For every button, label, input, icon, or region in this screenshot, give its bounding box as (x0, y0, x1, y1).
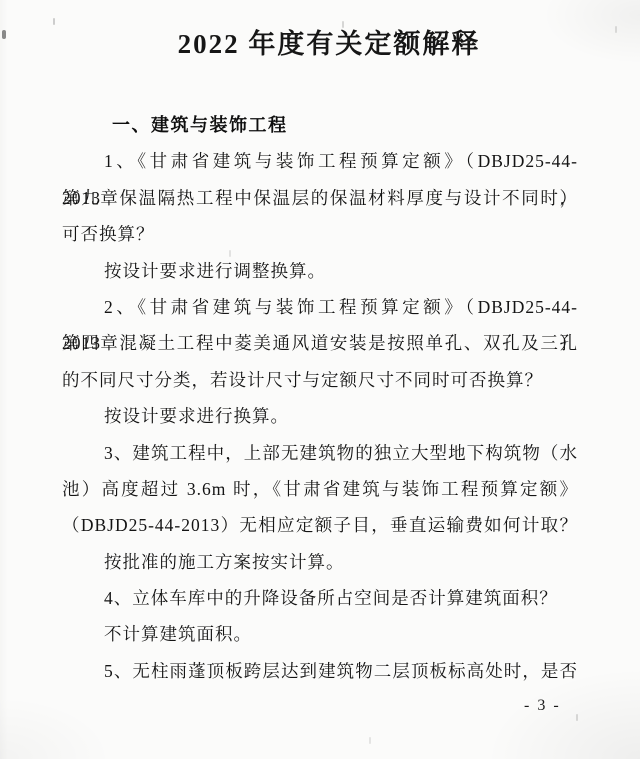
body-line: 3、建筑工程中，上部无建筑物的独立大型地下构筑物（水 (62, 435, 578, 471)
page-number: - 3 - (524, 697, 561, 715)
body-line: 1、《甘肃省建筑与装饰工程预算定额》（DBJD25-44-2013） (62, 143, 578, 179)
body-line: 按设计要求进行换算。 (62, 398, 578, 434)
document-title: 2022 年度有关定额解释 (71, 26, 587, 62)
body-line: 第九章保温隔热工程中保温层的保温材料厚度与设计不同时， (62, 180, 578, 216)
body-line: 第四章混凝土工程中菱美通风道安装是按照单孔、双孔及三孔 (62, 325, 578, 361)
body-line: 不计算建筑面积。 (62, 616, 578, 652)
scan-speck (2, 30, 6, 39)
body-line: 5、无柱雨蓬顶板跨层达到建筑物二层顶板标高处时，是否 (62, 653, 578, 689)
section-heading: 一、建筑与装饰工程 (62, 107, 578, 143)
body-line: 按设计要求进行调整换算。 (62, 253, 578, 289)
body-line: 按批准的施工方案按实计算。 (62, 544, 578, 580)
body-line: 可否换算？ (62, 216, 578, 252)
body-line: （DBJD25-44-2013）无相应定额子目，垂直运输费如何计取？ (62, 507, 578, 543)
document-body: 一、建筑与装饰工程 1、《甘肃省建筑与装饰工程预算定额》（DBJD25-44-2… (62, 107, 578, 689)
body-line: 池）高度超过 3.6m 时，《甘肃省建筑与装饰工程预算定额》 (62, 471, 578, 507)
body-line: 4、立体车库中的升降设备所占空间是否计算建筑面积？ (62, 580, 578, 616)
scanned-document-page: 2022 年度有关定额解释 一、建筑与装饰工程 1、《甘肃省建筑与装饰工程预算定… (0, 0, 640, 759)
body-line: 的不同尺寸分类，若设计尺寸与定额尺寸不同时可否换算？ (62, 362, 578, 398)
body-line: 2、《甘肃省建筑与装饰工程预算定额》（DBJD25-44-2013） (62, 289, 578, 325)
